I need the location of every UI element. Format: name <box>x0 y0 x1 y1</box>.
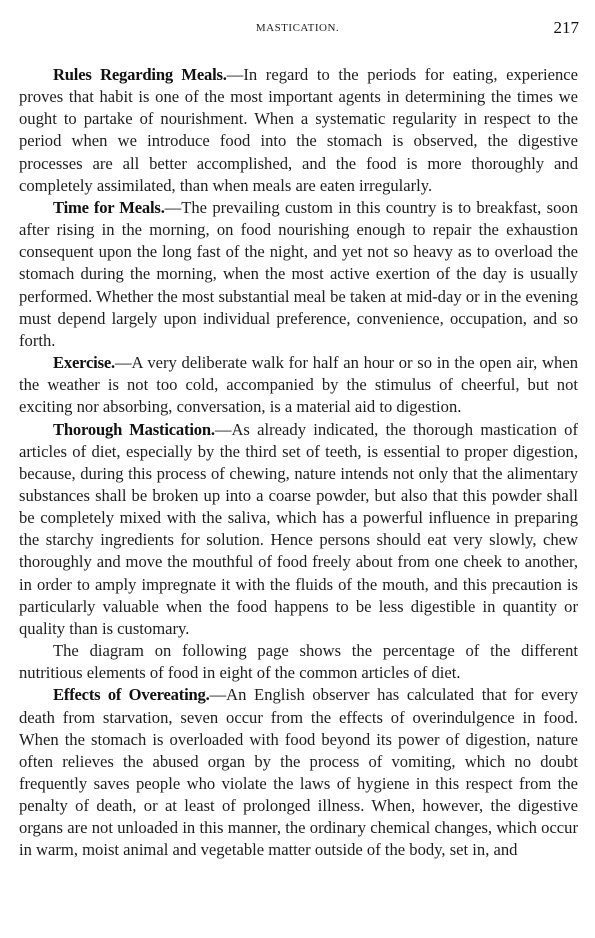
paragraph-text: The diagram on following page shows the … <box>19 641 578 682</box>
section-heading: Time for Meals. <box>53 198 165 217</box>
paragraph-thorough-mastication: Thorough Mastication.—As already indicat… <box>19 419 578 641</box>
paragraph-text: —The prevailing custom in this country i… <box>19 198 578 350</box>
section-heading: Rules Regarding Meals. <box>53 65 227 84</box>
paragraph-effects-of-overeating: Effects of Overeating.—An English observ… <box>19 684 578 861</box>
section-heading: Thorough Mastication. <box>53 420 215 439</box>
section-heading: Exercise. <box>53 353 115 372</box>
paragraph-text: —In regard to the periods for eating, ex… <box>19 65 578 195</box>
paragraph-diagram-note: The diagram on following page shows the … <box>19 640 578 684</box>
section-heading: Effects of Overeating. <box>53 685 210 704</box>
paragraph-time-for-meals: Time for Meals.—The prevailing custom in… <box>19 197 578 352</box>
book-page: MASTICATION. 217 Rules Regarding Meals.—… <box>0 0 595 938</box>
page-number: 217 <box>554 18 580 38</box>
paragraph-exercise: Exercise.—A very deliberate walk for hal… <box>19 352 578 418</box>
paragraph-text: —As already indicated, the thorough mast… <box>19 420 578 638</box>
paragraph-text: —An English observer has calculated that… <box>19 685 578 859</box>
paragraph-rules-regarding-meals: Rules Regarding Meals.—In regard to the … <box>19 64 578 197</box>
body-text: Rules Regarding Meals.—In regard to the … <box>19 64 578 862</box>
running-title: MASTICATION. <box>0 22 595 34</box>
running-head: MASTICATION. 217 <box>0 18 595 38</box>
